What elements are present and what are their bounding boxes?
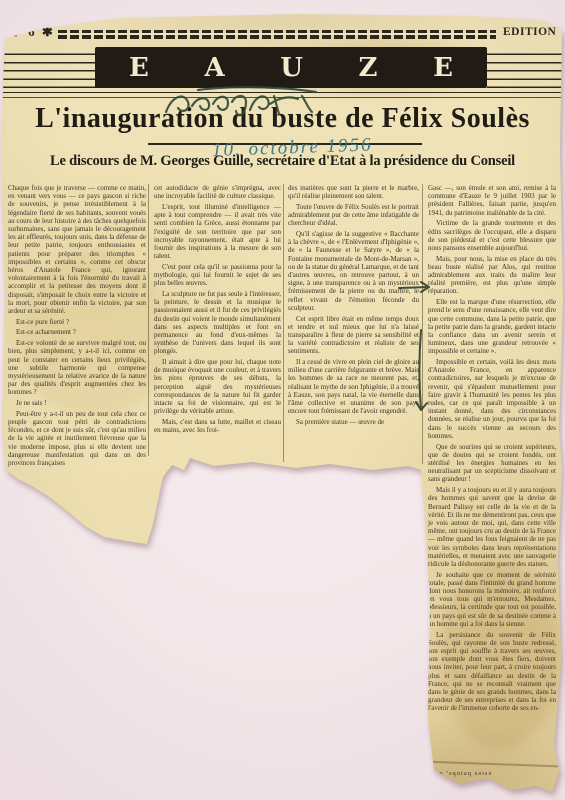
aging-vignette xyxy=(0,0,565,800)
newspaper-clipping-shadow: ✱ 6 ✱ EDITION EAUZE L'inauguration du bu… xyxy=(0,0,565,800)
newspaper-clipping: ✱ 6 ✱ EDITION EAUZE L'inauguration du bu… xyxy=(0,0,565,800)
scanned-album-page: ✱ 6 ✱ EDITION EAUZE L'inauguration du bu… xyxy=(0,0,565,800)
